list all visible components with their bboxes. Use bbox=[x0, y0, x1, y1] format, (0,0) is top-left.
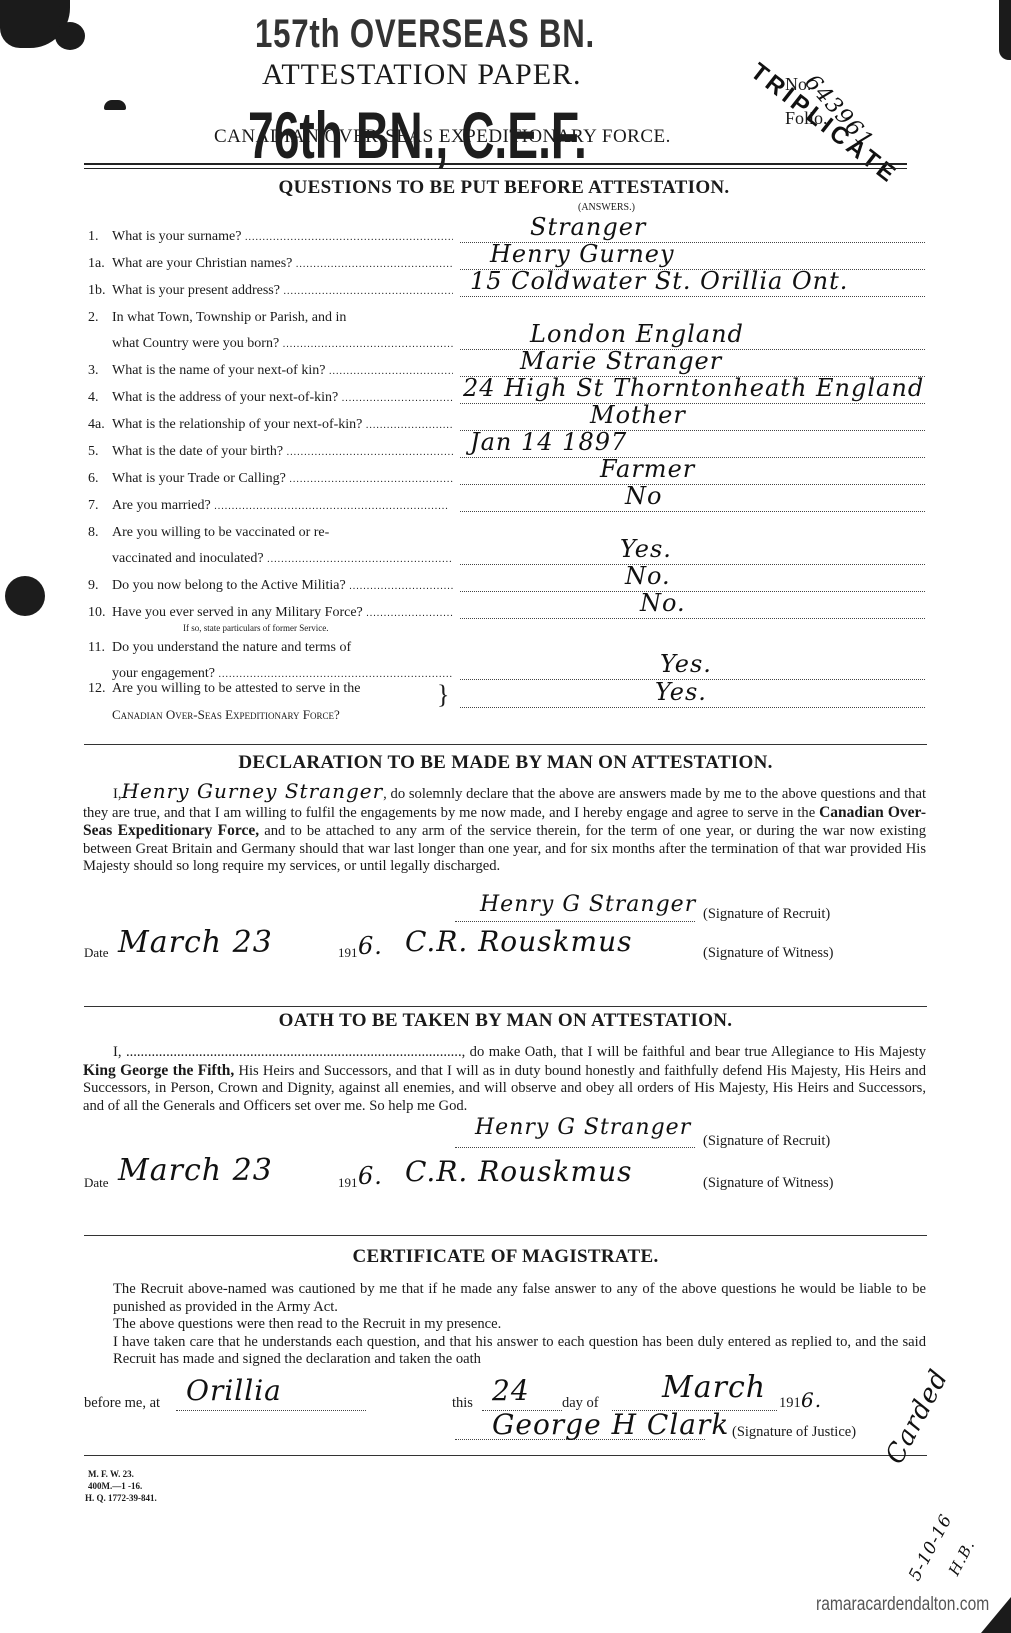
question-number: 1. bbox=[88, 224, 112, 250]
handwritten-answer: 24 High St Thorntonheath England bbox=[463, 374, 924, 402]
question-text: Are you willing to be attested to serve … bbox=[112, 681, 360, 696]
recruit-signature-label: (Signature of Recruit) bbox=[703, 1133, 830, 1150]
question-number: 11. bbox=[88, 635, 112, 661]
question-row: 4.What is the address of your next-of-ki… bbox=[88, 385, 453, 412]
battalion-stamp-76th: 76th BN., C.E.F. bbox=[248, 97, 587, 173]
section-divider bbox=[84, 1455, 927, 1456]
question-row: 3.What is the name of your next-of kin? bbox=[88, 358, 453, 385]
question-row: 6.What is your Trade or Calling? bbox=[88, 466, 453, 493]
ink-blot bbox=[104, 100, 126, 110]
witness-signature-label: (Signature of Witness) bbox=[703, 945, 833, 962]
handwritten-answer: Farmer bbox=[600, 455, 695, 483]
witness-signature-label: (Signature of Witness) bbox=[703, 1175, 833, 1192]
handwritten-answer: Jan 14 1897 bbox=[470, 428, 627, 456]
question-number: 12. bbox=[88, 676, 112, 702]
handwritten-answer: No. bbox=[625, 562, 671, 590]
oath-text: I, .....................................… bbox=[83, 1044, 926, 1115]
answer-line bbox=[460, 295, 925, 297]
recruit-signature: Henry G Stranger bbox=[480, 892, 696, 917]
question-number: 4. bbox=[88, 385, 112, 411]
handwritten-answer: Henry Gurney bbox=[490, 240, 675, 268]
question-row: 1a.What are your Christian names? bbox=[88, 251, 453, 278]
question-number: 8. bbox=[88, 520, 112, 546]
handwritten-answer: Stranger bbox=[530, 213, 646, 241]
year-prefix: 191 bbox=[338, 945, 358, 961]
question-text: Canadian Over-Seas Expeditionary Force? bbox=[112, 707, 340, 722]
carded-initials: H.B. bbox=[945, 1537, 979, 1579]
date-label: Date bbox=[84, 1175, 109, 1191]
handwritten-answer: No bbox=[625, 482, 662, 510]
before-me-label: before me, at bbox=[84, 1395, 160, 1412]
declaration-text: I,Henry Gurney Stranger, do solemnly dec… bbox=[83, 783, 926, 876]
site-watermark: ramaracardendalton.com bbox=[816, 1594, 989, 1616]
question-row: 2.In what Town, Township or Parish, and … bbox=[88, 305, 453, 358]
handwritten-answer: 15 Coldwater St. Orillia Ont. bbox=[470, 267, 848, 295]
question-text: What is the address of your next-of-kin? bbox=[112, 390, 453, 405]
question-text: Do you now belong to the Active Militia? bbox=[112, 578, 453, 593]
declaration-name: Henry Gurney Stranger bbox=[122, 779, 384, 803]
justice-signature-label: (Signature of Justice) bbox=[732, 1424, 856, 1441]
this-label: this bbox=[452, 1395, 473, 1412]
date-label: Date bbox=[84, 945, 109, 961]
justice-signature: George H Clark bbox=[492, 1408, 729, 1441]
carded-date: 5-10-16 bbox=[905, 1511, 957, 1584]
question-text: Are you married? bbox=[112, 498, 449, 513]
year-suffix: 6. bbox=[358, 932, 383, 960]
handwritten-answer: London England bbox=[530, 320, 744, 348]
question-text: In what Town, Township or Parish, and in bbox=[112, 310, 346, 325]
question-text: What is the relationship of your next-of… bbox=[112, 417, 453, 432]
question-row: 10.Have you ever served in any Military … bbox=[88, 600, 453, 633]
question-text: What is your surname? bbox=[112, 229, 453, 244]
handwritten-answer: Marie Stranger bbox=[520, 347, 722, 375]
magistrate-title: CERTIFICATE OF MAGISTRATE. bbox=[84, 1246, 927, 1268]
question-number: 2. bbox=[88, 305, 112, 331]
questions-section-title: QUESTIONS TO BE PUT BEFORE ATTESTATION. bbox=[84, 177, 924, 199]
handwritten-answer: No. bbox=[640, 589, 686, 617]
oath-date: March 23 bbox=[118, 1153, 273, 1188]
question-text: What is your Trade or Calling? bbox=[112, 471, 453, 486]
answers-column-heading: (ANSWERS.) bbox=[578, 202, 635, 213]
form-codes: M. F. W. 23. 400M.—1 -16. H. Q. 1772-39-… bbox=[85, 1468, 157, 1504]
question-number: 1a. bbox=[88, 251, 112, 277]
question-row: 9.Do you now belong to the Active Militi… bbox=[88, 573, 453, 600]
question-row: 5.What is the date of your birth? bbox=[88, 439, 453, 466]
question-text: What is the date of your birth? bbox=[112, 444, 453, 459]
question-number: 9. bbox=[88, 573, 112, 599]
question-number: 6. bbox=[88, 466, 112, 492]
answer-line bbox=[460, 590, 925, 592]
question-row: 8.Are you willing to be vaccinated or re… bbox=[88, 520, 453, 573]
answer-line bbox=[460, 402, 925, 404]
section-divider bbox=[84, 744, 927, 745]
carded-note: Carded bbox=[880, 1364, 955, 1469]
section-divider bbox=[84, 1006, 927, 1007]
recruit-signature-line bbox=[455, 1146, 695, 1148]
handwritten-answer: Yes. bbox=[655, 678, 707, 706]
battalion-stamp-157th: 157th OVERSEAS BN. bbox=[255, 12, 595, 57]
question-row: 7.Are you married? bbox=[88, 493, 453, 520]
year-suffix: 6. bbox=[801, 1388, 822, 1412]
question-text: what Country were you born? bbox=[112, 336, 453, 351]
question-text: Have you ever served in any Military For… bbox=[112, 605, 453, 620]
answer-line bbox=[460, 483, 925, 485]
question-text: What are your Christian names? bbox=[112, 256, 453, 271]
question-number: 4a. bbox=[88, 412, 112, 438]
answer-line bbox=[460, 706, 925, 708]
witness-signature: C.R. Rouskmus bbox=[405, 925, 632, 958]
magistrate-text: The Recruit above-named was cautioned by… bbox=[83, 1281, 926, 1369]
question-row: 1.What is your surname? bbox=[88, 224, 453, 251]
section-divider bbox=[84, 1235, 927, 1236]
handwritten-answer: Yes. bbox=[660, 650, 712, 678]
question-text: Do you understand the nature and terms o… bbox=[112, 640, 351, 655]
question-row: 1b.What is your present address? bbox=[88, 278, 453, 305]
year-prefix: 191 bbox=[338, 1175, 358, 1191]
handwritten-answer: Mother bbox=[590, 401, 686, 429]
question-text: Are you willing to be vaccinated or re- bbox=[112, 525, 329, 540]
question-number: 7. bbox=[88, 493, 112, 519]
answer-line bbox=[460, 617, 925, 619]
oath-recruit-signature: Henry G Stranger bbox=[475, 1115, 691, 1140]
answer-line bbox=[460, 563, 925, 565]
question-number: 1b. bbox=[88, 278, 112, 304]
page-corner-shadow bbox=[999, 0, 1011, 60]
handwritten-answer: Yes. bbox=[620, 535, 672, 563]
ink-blot bbox=[55, 22, 85, 50]
declaration-date: March 23 bbox=[118, 925, 273, 960]
header-divider bbox=[84, 163, 907, 169]
recruit-signature-line bbox=[455, 920, 695, 922]
document-title: ATTESTATION PAPER. bbox=[262, 58, 582, 92]
attestation-month: March bbox=[662, 1370, 766, 1405]
brace: } bbox=[437, 682, 449, 708]
attestation-day: 24 bbox=[492, 1374, 530, 1407]
question-number: 10. bbox=[88, 600, 112, 626]
oath-witness-signature: C.R. Rouskmus bbox=[405, 1155, 632, 1188]
year-prefix: 191 bbox=[779, 1395, 801, 1412]
answer-line bbox=[460, 510, 925, 512]
recruit-signature-label: (Signature of Recruit) bbox=[703, 906, 830, 923]
declaration-title: DECLARATION TO BE MADE BY MAN ON ATTESTA… bbox=[84, 752, 927, 774]
question-text: vaccinated and inoculated? bbox=[112, 551, 453, 566]
question-text: What is the name of your next-of kin? bbox=[112, 363, 453, 378]
question-number: 5. bbox=[88, 439, 112, 465]
question-row: 4a.What is the relationship of your next… bbox=[88, 412, 453, 439]
question-text: What is your present address? bbox=[112, 283, 453, 298]
year-suffix: 6. bbox=[358, 1162, 383, 1190]
place-line bbox=[176, 1409, 366, 1411]
attestation-place: Orillia bbox=[186, 1374, 282, 1407]
oath-title: OATH TO BE TAKEN BY MAN ON ATTESTATION. bbox=[84, 1010, 927, 1032]
punch-hole bbox=[5, 576, 45, 616]
question-row: 12.Are you willing to be attested to ser… bbox=[88, 676, 453, 729]
question-number: 3. bbox=[88, 358, 112, 384]
